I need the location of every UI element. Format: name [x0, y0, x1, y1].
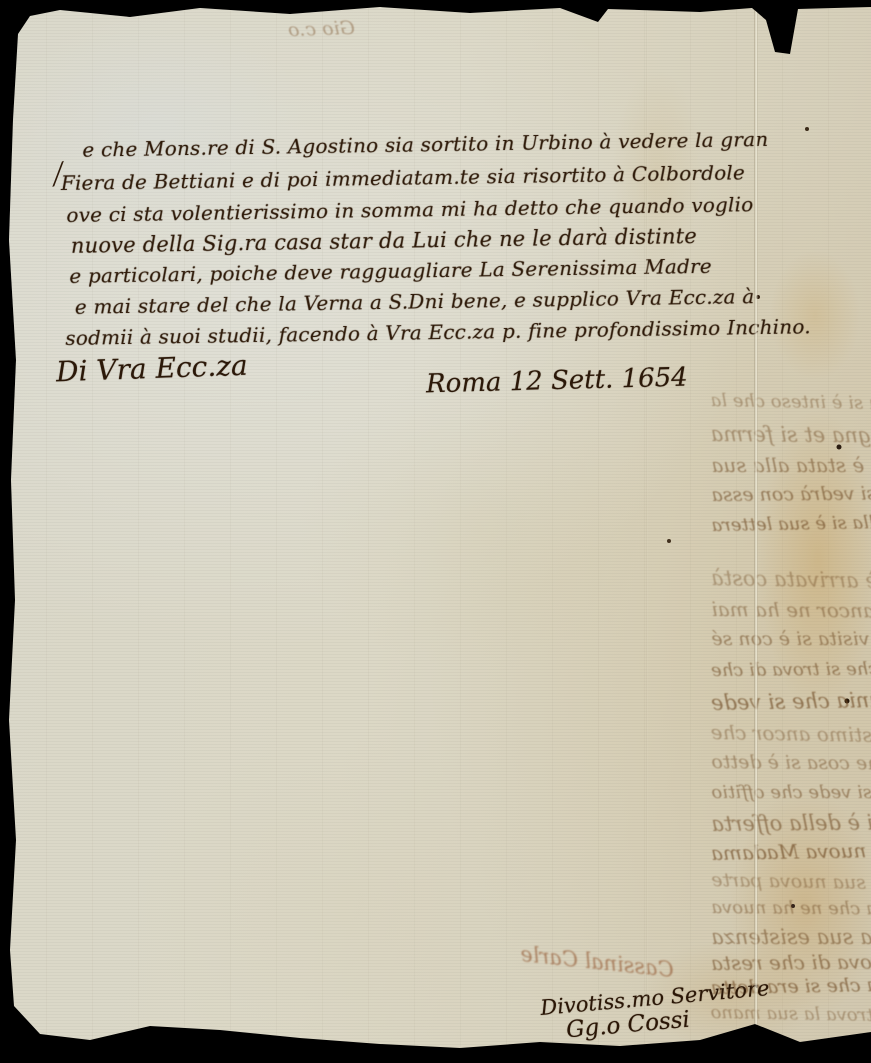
dateline: Roma 12 Sett. 1654	[426, 363, 688, 400]
letter-line: e mai stare del che la Verna a S.Dni ben…	[75, 284, 755, 319]
bleed-line: si faceva da questa che si trova si è ch…	[711, 782, 871, 803]
manuscript-page: Gio c.o Cassinal Carle con questa settim…	[0, 0, 871, 1063]
bleed-line: del med.mo che sempre si è stata alla su…	[711, 453, 871, 477]
bleed-line: desiderata che non devono che alla casa …	[711, 806, 871, 836]
letter-line: e particolari, poiche deve ragguagliare …	[69, 254, 712, 288]
bleed-line: che da quando nel governo non mandava ch…	[711, 628, 871, 650]
bleed-line: e che quando entrando si è che si vuole …	[711, 897, 871, 923]
bleed-line: avete di questo degni frutti il desideri…	[711, 597, 871, 627]
letter-line: nuove della Sig.ra casa star da Lui che …	[71, 224, 697, 258]
bleed-line: che tornava la sicurezza di quella che s…	[711, 678, 871, 715]
bleed-fragment-top: Gio c.o	[288, 17, 356, 41]
bleed-line: Del questo de' quali si era che la si ve…	[711, 925, 871, 949]
bleed-line: cui il Sig.re andava in campagna et si f…	[711, 422, 871, 450]
fold-crease	[754, 0, 758, 1063]
fold-crease-faint	[646, 0, 648, 1000]
letter-line: ove ci sta volentierissimo in somma mi h…	[66, 192, 753, 227]
bleed-line: Ho così de suoi come si trovasse che all…	[711, 506, 871, 536]
bleed-line: si è che la sua che si era di quanto si …	[711, 1002, 871, 1033]
dust-specks	[0, 0, 2, 2]
valediction: Di Vra Ecc.za	[55, 349, 248, 389]
bleed-fragment-presignature: Cassinal Carle	[519, 942, 675, 982]
letter-line: e che Mons.re di S. Agostino sia sortito…	[82, 127, 768, 162]
bleed-line: che si potrà ancora che sua maestà che s…	[711, 751, 871, 779]
bleed-line: di che si era con sua maestà la sua che …	[711, 945, 871, 975]
letter-line: Fiera de Bettiani e di poi immediatam.te…	[61, 160, 745, 195]
bleed-line: che la sua occasione di questo si vedrà …	[711, 480, 871, 506]
letter-line: sodmii à suoi studii, facendo à Vra Ecc.…	[65, 314, 811, 350]
bleed-line: con questa settimana si è inteso che la	[711, 390, 871, 417]
bleed-line: saprete che si fermava con il suo stato …	[711, 655, 871, 681]
scan-background: Gio c.o Cassinal Carle con questa settim…	[0, 0, 871, 1063]
